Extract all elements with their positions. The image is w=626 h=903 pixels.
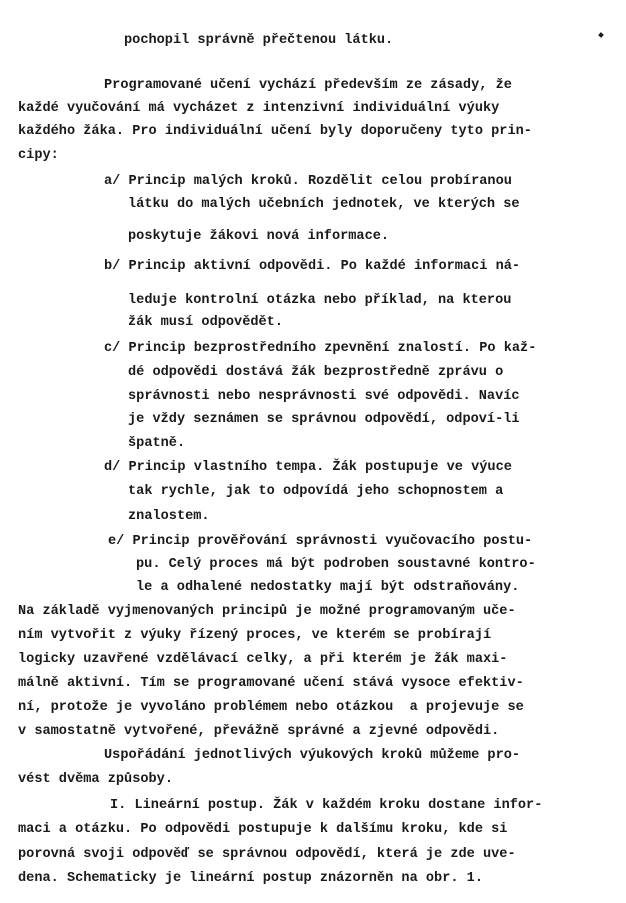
text-line: látku do malých učebních jednotek, ve kt… [128, 197, 520, 213]
text-line: je vždy seznámen se správnou odpovědí, o… [128, 412, 520, 428]
text-line: cipy: [18, 148, 59, 164]
list-item-d: d/ Princip vlastního tempa. Žák postupuj… [104, 460, 512, 476]
text-line: dena. Schematicky je lineární postup zná… [18, 871, 483, 887]
text-line: málně aktivní. Tím se programované učení… [18, 676, 524, 692]
text-line: v samostatně vytvořené, převážně správné… [18, 724, 499, 740]
text-line: logicky uzavřené vzdělávací celky, a při… [18, 652, 507, 668]
text-line: špatně. [128, 436, 185, 452]
text-line: poskytuje žákovi nová informace. [128, 229, 389, 245]
text-line: Na základě vyjmenovaných principů je mož… [18, 604, 516, 620]
text-line: leduje kontrolní otázka nebo příklad, na… [128, 293, 511, 309]
paragraph-start: Programované učení vychází především ze … [104, 78, 512, 94]
list-item-a: a/ Princip malých kroků. Rozdělit celou … [104, 174, 512, 190]
stray-mark [598, 32, 604, 38]
text-line: le a odhalené nedostatky mají být odstra… [136, 580, 519, 596]
text-line: tak rychle, jak to odpovídá jeho schopno… [128, 484, 503, 500]
text-line: porovná svoji odpověď se správnou odpově… [18, 847, 516, 863]
list-item-c: c/ Princip bezprostředního zpevnění znal… [104, 341, 536, 357]
text-line: pochopil správně přečtenou látku. [124, 33, 393, 49]
text-line: správnosti nebo nesprávnosti své odpověd… [128, 389, 520, 405]
typewritten-page: pochopil správně přečtenou látku. Progra… [0, 0, 626, 903]
text-line: vést dvěma způsoby. [18, 772, 173, 788]
paragraph-start: I. Lineární postup. Žák v každém kroku d… [110, 798, 542, 814]
text-line: ní, protože je vyvoláno problémem nebo o… [18, 700, 524, 716]
text-line: každé vyučování má vycházet z intenzivní… [18, 101, 499, 117]
list-item-b: b/ Princip aktivní odpovědi. Po každé in… [104, 259, 520, 275]
text-line: každého žáka. Pro individuální učení byl… [18, 124, 532, 140]
paragraph-start: Uspořádání jednotlivých výukových kroků … [104, 748, 520, 764]
list-item-e: e/ Princip prověřování správnosti vyučov… [108, 534, 532, 550]
text-line: maci a otázku. Po odpovědi postupuje k d… [18, 822, 507, 838]
text-line: žák musí odpovědět. [128, 315, 283, 331]
text-line: pu. Celý proces má být podroben soustavn… [136, 557, 536, 573]
text-line: dé odpovědi dostává žák bezprostředně zp… [128, 365, 503, 381]
text-line: znalostem. [128, 509, 210, 525]
text-line: ním vytvořit z výuky řízený proces, ve k… [18, 628, 491, 644]
